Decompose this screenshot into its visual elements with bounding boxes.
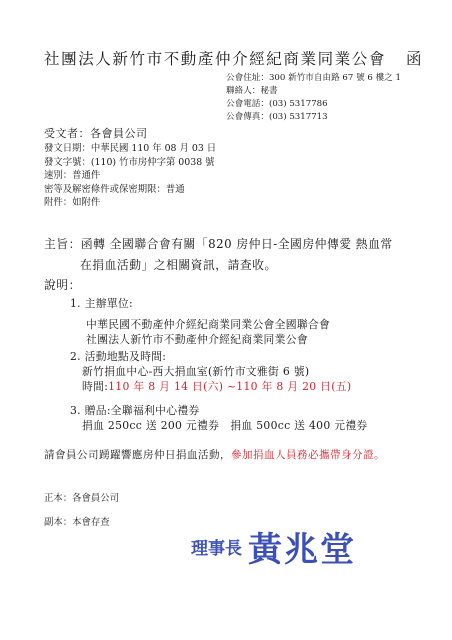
copy-recipients: 副本：本會存查 [44,511,119,535]
time-value: 110 年 8 月 14 日(六) ~110 年 8 月 20 日(五) [108,380,351,393]
issue-date: 發文日期：中華民國 110 年 08 月 03 日 [44,142,216,156]
closing-statement: 請會員公司踴躍響應房仲日捐血活動，參加捐血人員務必攜帶身分證。 [44,447,385,462]
recipient: 受文者：各會員公司 [44,126,216,142]
contact-address: 公會住址：300 新竹市自由路 67 號 6 樓之 1 [226,72,401,85]
organizer-national: 中華民國不動產仲介經紀商業同業公會全國聯合會 [70,317,330,332]
item-heading: 3. 贈品:全聯福利中心禮券 [70,403,368,418]
attachment: 附件：如附件 [44,196,216,210]
document-type: 函 [406,50,423,68]
contact-phone: 公會電話：(03) 5317786 [226,98,401,111]
contact-block: 公會住址：300 新竹市自由路 67 號 6 樓之 1 聯絡人：秘書 公會電話：… [226,72,401,124]
document-header: 社團法人新竹市不動產仲介經紀商業同業公會函 [44,47,423,69]
signature-role: 理事長 [191,539,242,559]
signature-stamp: 理事長黃兆堂 [191,522,356,571]
original-recipients: 正本：各會員公司 [44,487,119,511]
explanation-item-location-time: 2. 活動地點及時間: 新竹捐血中心-西大捐血室(新竹市文雅街 6 號) 時間:… [70,349,351,394]
subject: 主旨：函轉 全國聯合會有關「820 房仲日-全國房仲傳愛 熱血常 在捐血活動」之… [44,234,393,276]
item-heading: 2. 活動地點及時間: [70,349,351,364]
subject-line-1: 主旨：函轉 全國聯合會有關「820 房仲日-全國房仲傳愛 熱血常 [44,234,393,255]
event-time: 時間:110 年 8 月 14 日(六) ~110 年 8 月 20 日(五) [70,379,351,394]
delivery-speed: 速別：普通件 [44,169,216,183]
contact-fax: 公會傳真：(03) 5317713 [226,111,401,124]
event-location: 新竹捐血中心-西大捐血室(新竹市文雅街 6 號) [70,364,351,379]
distribution-list: 正本：各會員公司 副本：本會存查 [44,487,119,535]
classification: 密等及解密條件或保密期限：普通 [44,183,216,197]
organization-name: 社團法人新竹市不動產仲介經紀商業同業公會 [44,50,386,68]
explanation-label: 說明： [44,276,81,293]
time-label: 時間: [82,380,108,393]
explanation-item-organizers: 1. 主辦單位: 中華民國不動產仲介經紀商業同業公會全國聯合會 社團法人新竹市不… [70,296,330,347]
gift-detail: 捐血 250cc 送 200 元禮券 捐血 500cc 送 400 元禮券 [70,418,368,433]
document-number: 發文字號：(110) 竹市房仲字第 0038 號 [44,156,216,170]
explanation-item-gifts: 3. 贈品:全聯福利中心禮券 捐血 250cc 送 200 元禮券 捐血 500… [70,403,368,433]
closing-text: 請會員公司踴躍響應房仲日捐血活動， [44,449,231,461]
document-meta: 受文者：各會員公司 發文日期：中華民國 110 年 08 月 03 日 發文字號… [44,126,216,210]
organizer-hsinchu: 社團法人新竹市不動產仲介經紀商業同業公會 [70,332,330,347]
signature-name: 黃兆堂 [248,530,356,570]
subject-line-2: 在捐血活動」之相關資訊，請查收。 [44,255,393,276]
item-heading: 1. 主辦單位: [70,296,330,311]
closing-highlight: 參加捐血人員務必攜帶身分證。 [231,449,385,461]
contact-person: 聯絡人：秘書 [226,85,401,98]
